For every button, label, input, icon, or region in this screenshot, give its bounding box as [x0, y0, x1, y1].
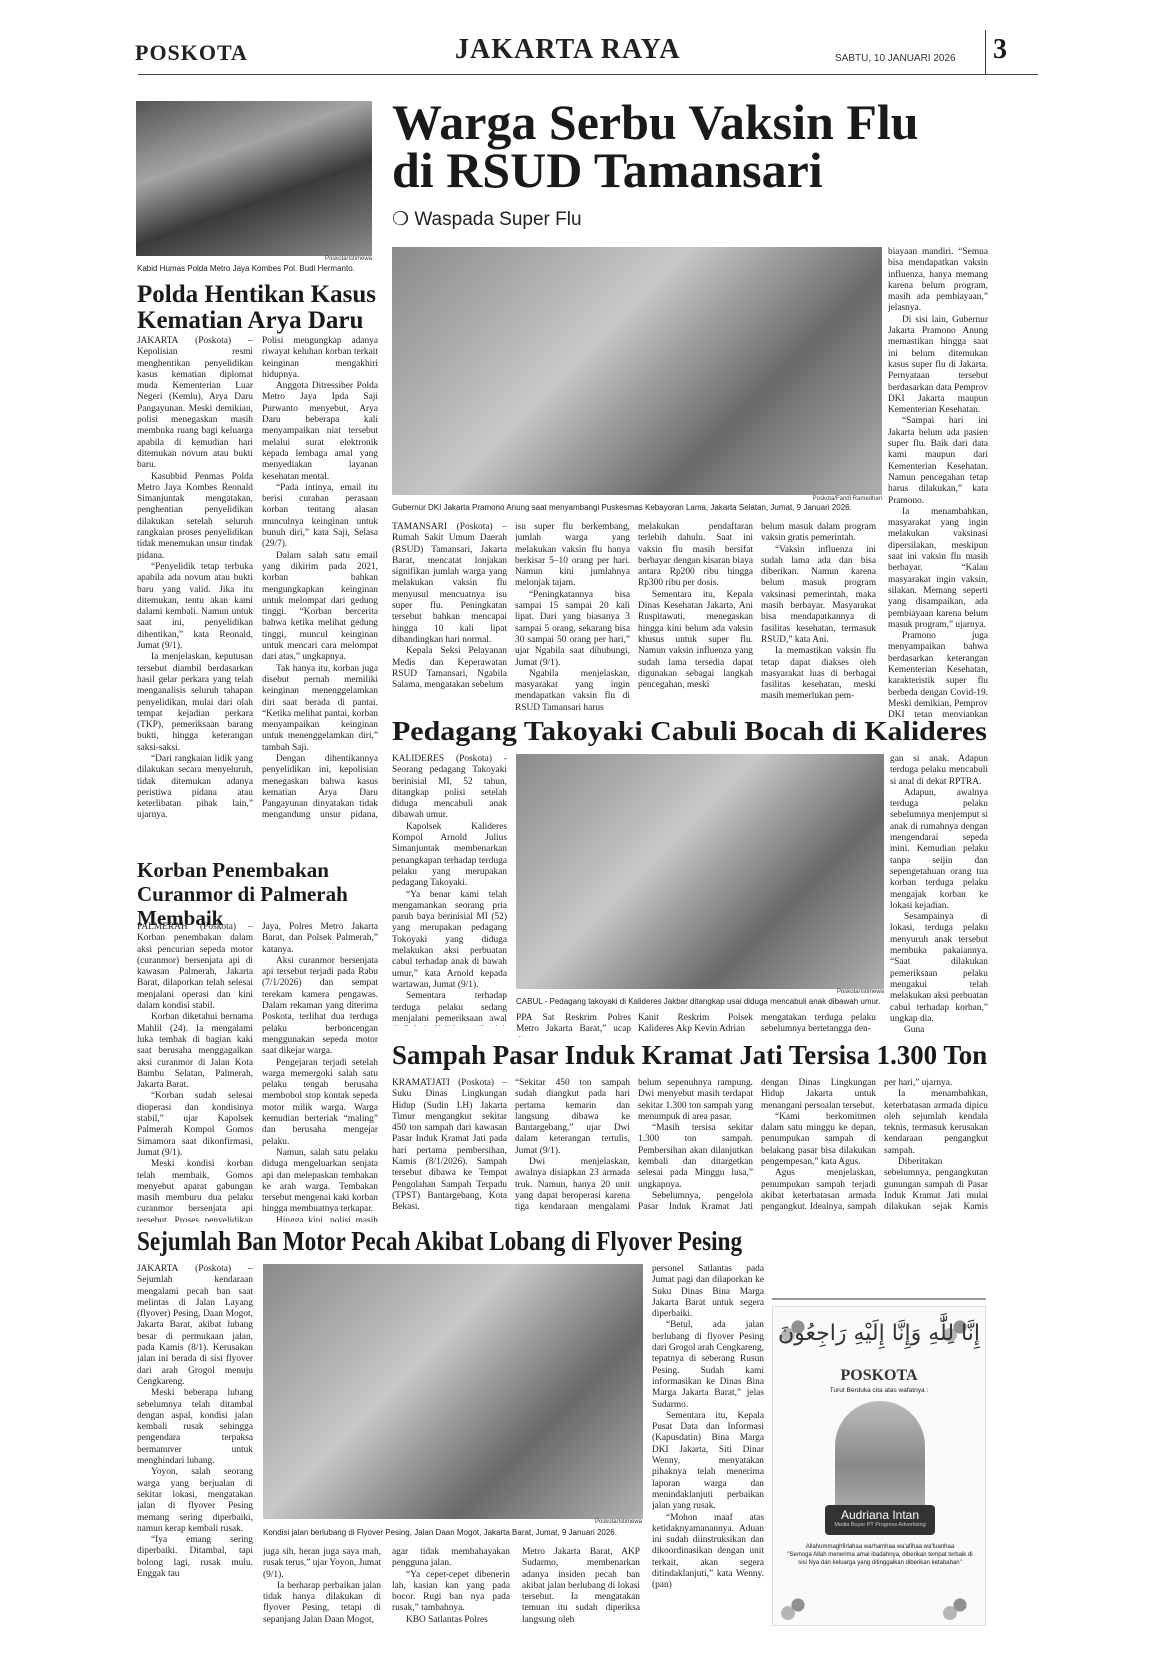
- article-vaksin-col2: isu super flu berkembang, jumlah warga y…: [515, 522, 630, 717]
- headline-takoyaki: Pedagang Takoyaki Cabuli Bocah di Kalide…: [392, 716, 987, 746]
- headline-curanmor: Korban Penembakan Curanmor di Palmerah M…: [137, 858, 382, 930]
- flower-ornament-icon: [935, 1585, 985, 1625]
- masthead-logo: POSKOTA: [135, 40, 248, 66]
- name-plate: Audriana Intan Media Buyer PT Progress A…: [825, 1505, 935, 1535]
- article-vaksin-col3: melakukan pendaftaran terlebih dahulu. S…: [638, 522, 753, 717]
- governor-visit-photo: [392, 247, 882, 495]
- article-takoyaki-col3: Kanit Reskrim Polsek Kalideres Akp Kevin…: [638, 1013, 753, 1037]
- article-curanmor-col1: PALMERAH (Poskota) – Korban penembakan d…: [137, 922, 253, 1222]
- police-spokesperson-photo: [136, 101, 372, 256]
- article-sampah-col3: belum sepenuhnya rampung. Dwi menyebut m…: [638, 1078, 753, 1214]
- article-sampah-col1: KRAMATJATI (Poskota) – Suku Dinas Lingku…: [392, 1078, 507, 1214]
- flower-ornament-icon: [773, 1585, 823, 1625]
- article-flyover-col1: JAKARTA (Poskota) – Sejumlah kendaraan m…: [137, 1264, 253, 1626]
- photo-credit: Poskota/Fandi Ramedhan: [780, 496, 882, 502]
- headline-sampah: Sampah Pasar Induk Kramat Jati Tersisa 1…: [392, 1040, 987, 1070]
- article-vaksin-col1: TAMANSARI (Poskota) – Rumah Sakit Umum D…: [392, 522, 507, 717]
- photo-caption: Kabid Humas Polda Metro Jaya Kombes Pol.…: [137, 264, 355, 273]
- article-takoyaki-col5: gan si anak. Adapun terduga pelaku menca…: [890, 754, 988, 1037]
- article-takoyaki-col2: PPA Sat Reskrim Polres Metro Jakarta Bar…: [516, 1013, 631, 1037]
- obituary-prayer: Allahummaghfirlahaa warhamhaa wa'afihaa …: [783, 1543, 977, 1567]
- article-takoyaki-col4: mengatakan terduga pelaku sebelumnya ber…: [761, 1013, 876, 1037]
- masthead-divider: [985, 30, 986, 74]
- article-curanmor-col2: Jaya, Polres Metro Jakarta Barat, dan Po…: [262, 922, 378, 1222]
- headline-line1: Warga Serbu Vaksin Flu: [392, 98, 992, 146]
- obituary-ad: إِنَّا لِلَّٰهِ وَإِنَّا إِلَيْهِ رَاجِع…: [772, 1306, 986, 1626]
- arrest-photo: [516, 754, 884, 989]
- headline-line2: di RSUD Tamansari: [392, 146, 992, 194]
- article-takoyaki-col1: KALIDERES (Poskota) - Seorang pedagang T…: [392, 754, 507, 1026]
- obituary-divider: [772, 1298, 986, 1300]
- article-polda-col1: JAKARTA (Poskota) – Kepolisian resmi men…: [137, 336, 253, 821]
- circle-bullet-icon: ❍: [392, 209, 409, 230]
- photo-caption: CABUL - Pedagang takoyaki di Kalideres J…: [516, 997, 880, 1006]
- subheadline-vaksin: ❍ Waspada Super Flu: [392, 208, 582, 231]
- pothole-photo: [263, 1264, 643, 1519]
- headline-vaksin: Warga Serbu Vaksin Flu di RSUD Tamansari: [392, 98, 992, 194]
- obituary-intro: Turut Berduka cita atas wafatnya :: [773, 1387, 985, 1394]
- photo-credit: Poskota/Istimewa: [560, 1519, 642, 1525]
- page-number: 3: [993, 34, 1007, 66]
- masthead-rule: [138, 74, 1038, 75]
- photo-caption: Gubernur DKI Jakarta Pramono Anung saat …: [392, 503, 852, 512]
- deceased-portrait: [835, 1401, 925, 1509]
- article-flyover-col2: juga sih, heran juga saya mah, rusak ter…: [263, 1547, 381, 1627]
- headline-polda: Polda Hentikan Kasus Kematian Arya Daru: [137, 282, 377, 334]
- prayer-arabic-transliteration: Allahummaghfirlahaa warhamhaa wa'afihaa …: [783, 1543, 977, 1551]
- arabic-calligraphy: إِنَّا لِلَّٰهِ وَإِنَّا إِلَيْهِ رَاجِع…: [773, 1321, 985, 1346]
- obituary-logo: POSKOTA: [773, 1367, 985, 1385]
- section-title: JAKARTA RAYA: [455, 34, 680, 66]
- deceased-name: Audriana Intan: [825, 1508, 935, 1522]
- article-sampah-col4: dengan Dinas Lingkungan Hidup Jakarta un…: [761, 1078, 876, 1214]
- headline-flyover: Sejumlah Ban Motor Pecah Akibat Lobang d…: [137, 1226, 742, 1256]
- article-sampah-col5: per hari,” ujarnya.Ia menambahkan, keter…: [884, 1078, 988, 1214]
- article-vaksin-col4: belum masuk dalam program vaksin gratis …: [761, 522, 876, 717]
- article-vaksin-col5: biayaan mandiri. “Semua bisa mendapatkan…: [888, 247, 988, 717]
- issue-date: SABTU, 10 JANUARI 2026: [835, 53, 956, 64]
- deceased-role: Media Buyer PT Progress Advertising: [825, 1522, 935, 1528]
- prayer-indonesian: "Semoga Allah menerima amal ibadahnya, d…: [783, 1551, 977, 1567]
- photo-credit: Poskota/Istimewa: [300, 256, 372, 262]
- article-flyover-col4: Metro Jakarta Barat, AKP Sudarmo, memben…: [522, 1547, 640, 1627]
- article-flyover-col3: agar tidak membahayakan pengguna jalan.“…: [392, 1547, 510, 1627]
- article-polda-col2: Polisi mengungkap adanya riwayat keluhan…: [262, 336, 378, 821]
- subheadline-text: Waspada Super Flu: [414, 209, 581, 230]
- article-sampah-col2: “Sekitar 450 ton sampah sudah diangkut p…: [515, 1078, 630, 1214]
- article-flyover-col5: personel Satlantas pada Jumat pagi dan d…: [652, 1264, 764, 1626]
- photo-credit: Poskota/Istimewa: [800, 989, 884, 995]
- photo-caption: Kondisi jalan berlubang di Flyover Pesin…: [263, 1528, 617, 1537]
